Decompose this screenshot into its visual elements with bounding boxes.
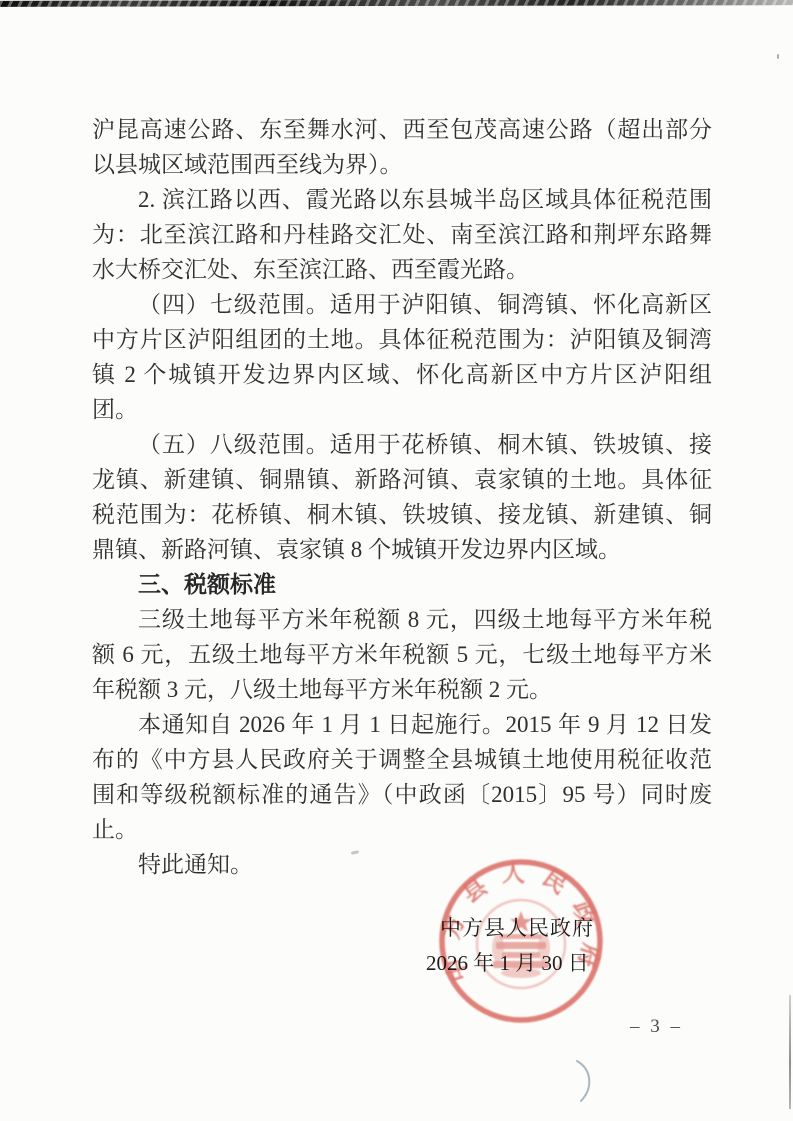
paragraph-continuation: 沪昆高速公路、东至舞水河、西至包茂高速公路（超出部分以县城区域范围西至线为界）。 [92, 112, 712, 182]
paragraph-effective-date: 本通知自 2026 年 1 月 1 日起施行。2015 年 9 月 12 日发布… [92, 707, 712, 847]
paragraph-level8-scope: （五）八级范围。适用于花桥镇、桐木镇、铁坡镇、接龙镇、新建镇、铜鼎镇、新路河镇、… [92, 427, 712, 567]
scan-top-edge-artifact [0, 0, 793, 7]
paragraph-tax-amounts: 三级土地每平方米年税额 8 元，四级土地每平方米年税额 6 元，五级土地每平方米… [92, 602, 712, 707]
section-heading-tax-standard: 三、税额标准 [92, 567, 712, 602]
signature-issuer: 中方县人民政府 [440, 912, 594, 942]
document-body: 沪昆高速公路、东至舞水河、西至包茂高速公路（超出部分以县城区域范围西至线为界）。… [92, 112, 712, 882]
scan-speck [777, 54, 779, 59]
scan-curl-artifact [574, 1058, 600, 1104]
signature-date: 2026 年 1 月 30 日 [426, 947, 589, 977]
document-page: 沪昆高速公路、东至舞水河、西至包茂高速公路（超出部分以县城区域范围西至线为界）。… [0, 0, 793, 1121]
paragraph-level7-scope: （四）七级范围。适用于泸阳镇、铜湾镇、怀化高新区中方片区泸阳组团的土地。具体征税… [92, 287, 712, 427]
page-number: – 3 – [630, 1016, 683, 1038]
paragraph-closing: 特此通知。 [92, 847, 712, 882]
scan-edge-line [789, 995, 791, 1109]
paragraph-item-2: 2. 滨江路以西、霞光路以东县城半岛区域具体征税范围为：北至滨江路和丹桂路交汇处… [92, 182, 712, 287]
